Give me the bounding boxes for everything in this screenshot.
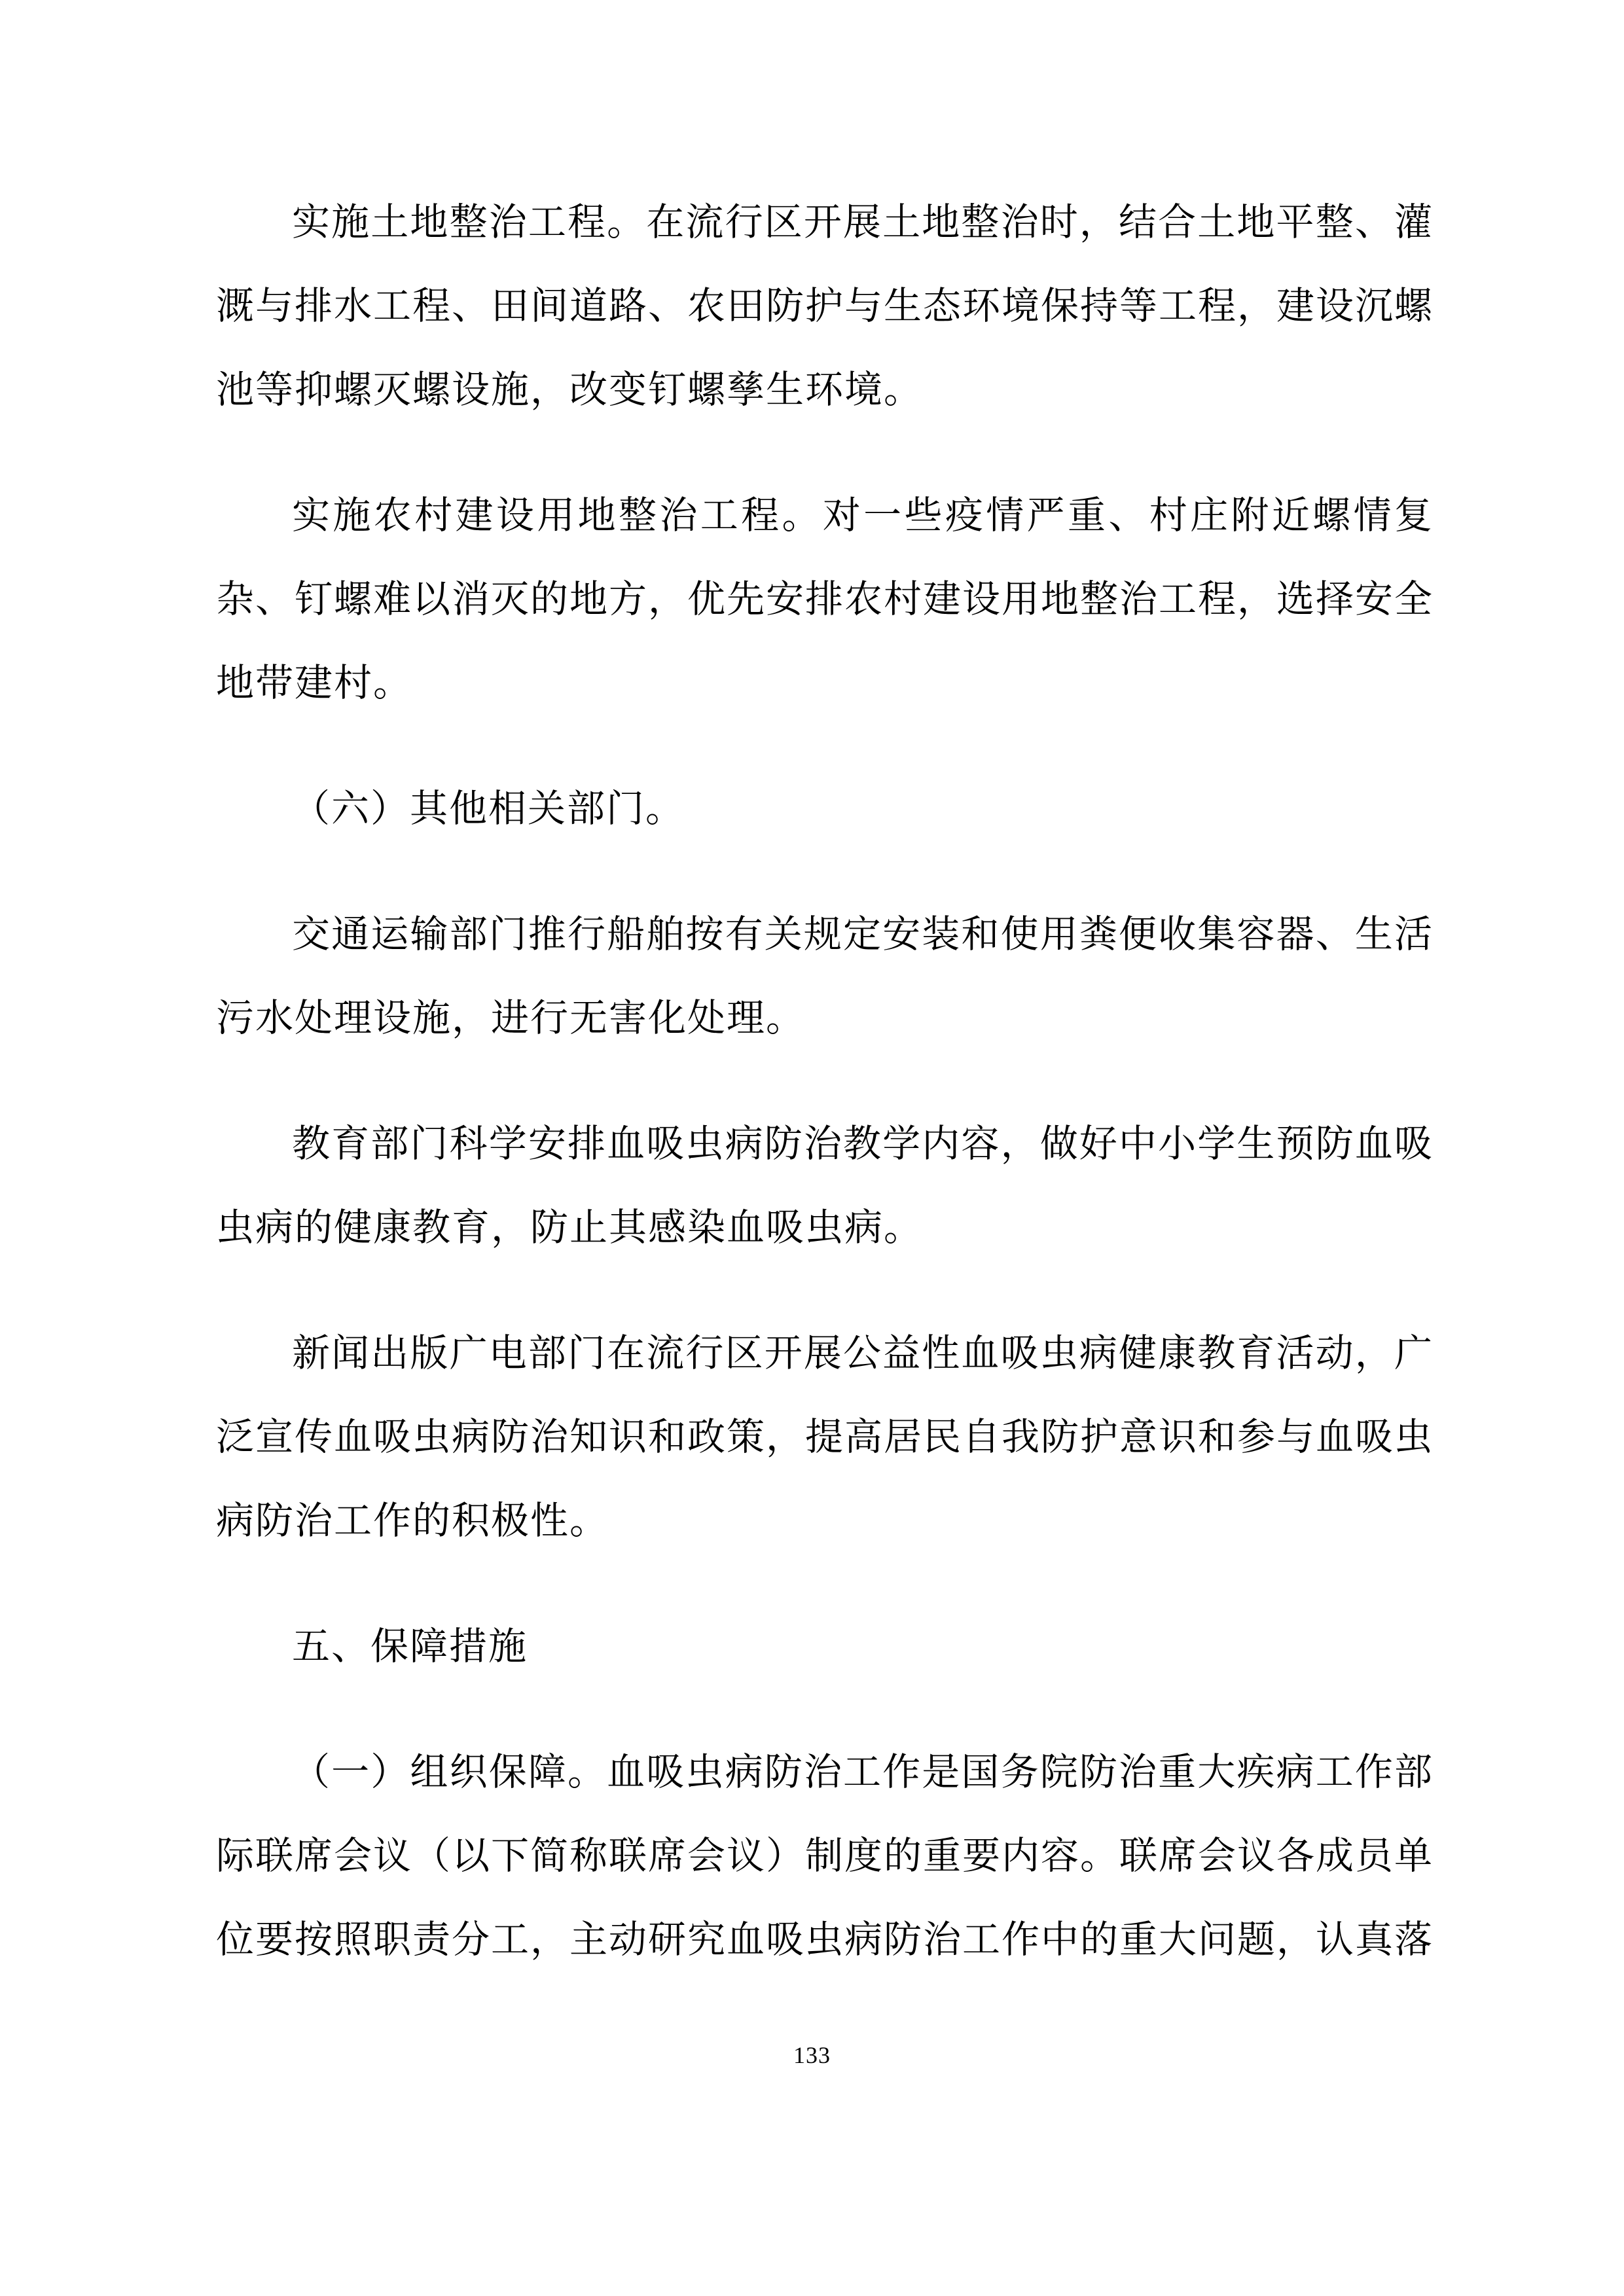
- document-body: 实施土地整治工程。在流行区开展土地整治时，结合土地平整、灌溉与排水工程、田间道路…: [216, 181, 1434, 2024]
- paragraph-press-publication-department: 新闻出版广电部门在流行区开展公益性血吸虫病健康教育活动，广泛宣传血吸虫病防治知识…: [216, 1312, 1434, 1563]
- document-page: 实施土地整治工程。在流行区开展土地整治时，结合土地平整、灌溉与排水工程、田间道路…: [0, 0, 1624, 2296]
- paragraph-education-department: 教育部门科学安排血吸虫病防治教学内容，做好中小学生预防血吸虫病的健康教育，防止其…: [216, 1102, 1434, 1270]
- paragraph-other-departments-heading: （六）其他相关部门。: [216, 767, 1434, 851]
- page-number: 133: [0, 2041, 1624, 2070]
- paragraph-transport-department: 交通运输部门推行船舶按有关规定安装和使用粪便收集容器、生活污水处理设施，进行无害…: [216, 893, 1434, 1060]
- paragraph-organizational-safeguard: （一）组织保障。血吸虫病防治工作是国务院防治重大疾病工作部际联席会议（以下简称联…: [216, 1731, 1434, 1982]
- section-heading-safeguard-measures: 五、保障措施: [216, 1605, 1434, 1689]
- paragraph-rural-construction-land: 实施农村建设用地整治工程。对一些疫情严重、村庄附近螺情复杂、钉螺难以消灭的地方，…: [216, 474, 1434, 725]
- paragraph-land-improvement: 实施土地整治工程。在流行区开展土地整治时，结合土地平整、灌溉与排水工程、田间道路…: [216, 181, 1434, 432]
